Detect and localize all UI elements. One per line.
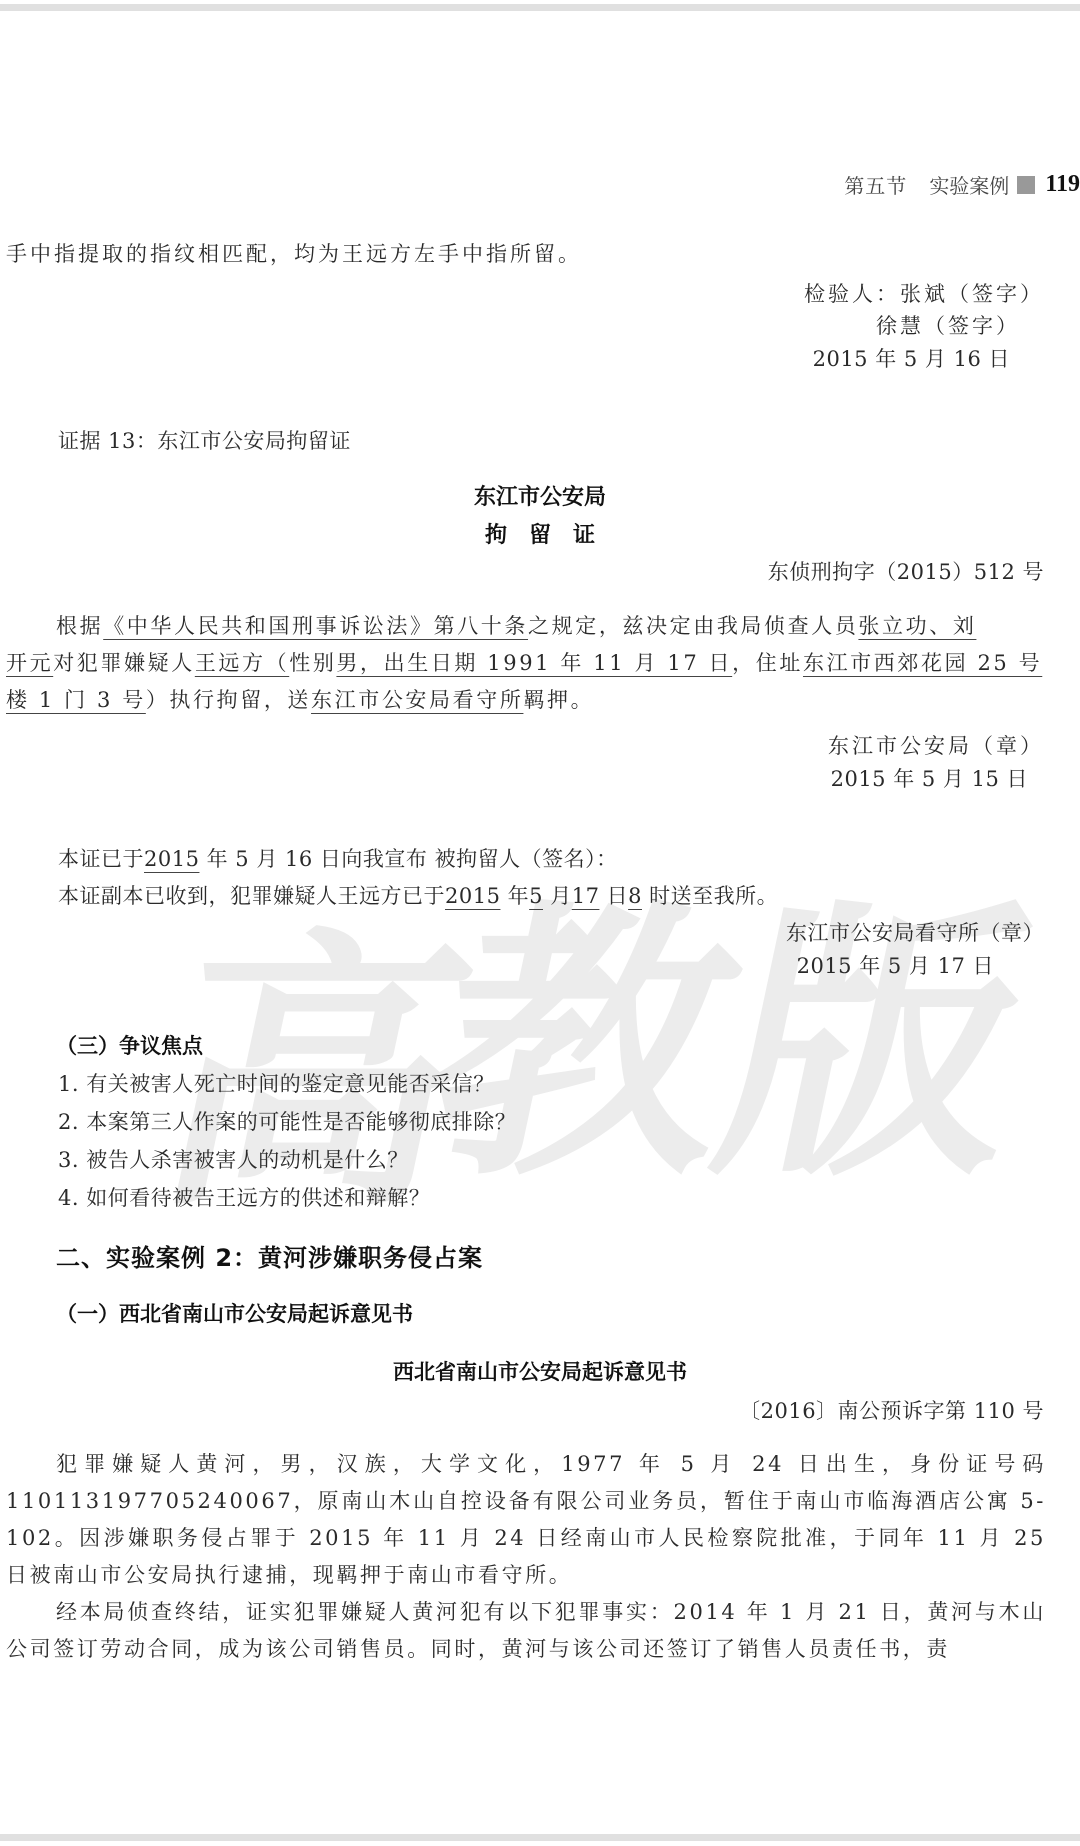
watermark-char: 教 (409, 900, 761, 1190)
receipt-year: 2015 (445, 884, 500, 908)
case-2-heading: 二、实验案例 2：黄河涉嫌职务侵占案 (56, 1238, 483, 1273)
body-text: ，住址 (732, 651, 803, 675)
suspect-name: 王远方（ (195, 651, 289, 675)
dispute-heading: （三）争议焦点 (56, 1030, 203, 1060)
case-2-subheading: （一）西北省南山市公安局起诉意见书 (56, 1298, 413, 1328)
officers-name: 开元 (6, 651, 53, 675)
suspect-address: 东江市西郊花园 25 号 (803, 651, 1042, 675)
receipt-month: 5 (529, 884, 543, 908)
indictment-paragraph-1: 犯罪嫌疑人黄河，男，汉族，大学文化，1977 年 5 月 24 日出生，身份证号… (6, 1446, 1046, 1594)
page-number: 119 (1045, 171, 1080, 198)
indictment-paragraph-2: 经本局侦查终结，证实犯罪嫌疑人黄河犯有以下犯罪事实：2014 年 1 月 21 … (6, 1594, 1046, 1668)
inspection-date: 2015 年 5 月 16 日 (813, 343, 1010, 373)
receipt-text: 日 (599, 884, 628, 908)
dispute-item: 2. 本案第三人作案的可能性是否能够彻底排除？ (58, 1106, 516, 1136)
inspector-1: 检验人：张斌（签字） (804, 278, 1044, 308)
receipt-hour: 8 (628, 884, 642, 908)
suspect-dob: 男，出生日期 1991 年 11 月 17 日 (336, 651, 732, 675)
police-seal-date: 2015 年 5 月 15 日 (831, 763, 1028, 793)
dispute-item: 4. 如何看待被告王远方的供述和辩解？ (58, 1182, 430, 1212)
notice-line: 本证已于2015 年 5 月 16 日向我宣布 被拘留人（签名）： (58, 843, 618, 873)
detention-facility: 东江市公安局看守所 (311, 688, 523, 712)
receipt-text: 年 (500, 884, 529, 908)
evidence-label: 证据 13：东江市公安局拘留证 (58, 425, 351, 455)
body-text: 之规定，兹决定由我局侦查人员 (528, 614, 858, 638)
body-text: ）执行拘留，送 (146, 688, 311, 712)
detention-body: 根据《中华人民共和国刑事诉讼法》第八十条之规定，兹决定由我局侦查人员张立功、刘开… (6, 608, 1046, 719)
agency-title: 东江市公安局 (0, 480, 1080, 511)
suspect-address: 楼 1 门 3 号 (6, 688, 146, 712)
notice-text: 年 5 月 16 日向我宣布 被拘留人（签名）： (199, 847, 617, 871)
bottom-page-edge (0, 1834, 1080, 1841)
receipt-text: 本证副本已收到，犯罪嫌疑人王远方已于 (58, 884, 445, 908)
police-seal: 东江市公安局（章） (828, 730, 1044, 760)
law-reference: 《中华人民共和国刑事诉讼法》第八十条 (103, 614, 528, 638)
top-page-edge (0, 4, 1080, 11)
chapter-label: 实验案例 (929, 170, 1009, 199)
detention-center-seal: 东江市公安局看守所（章） (786, 917, 1044, 947)
document-number: 东侦刑拘字（2015）512 号 (768, 556, 1044, 586)
receipt-text: 月 (543, 884, 572, 908)
body-text: 性别 (289, 651, 336, 675)
inspector-2: 徐慧（签字） (876, 310, 1020, 340)
dispute-item: 3. 被告人杀害被害人的动机是什么？ (58, 1144, 409, 1174)
indictment-number: 〔2016〕南公预诉字第 110 号 (739, 1395, 1044, 1425)
detention-center-date: 2015 年 5 月 17 日 (797, 950, 994, 980)
body-text: 对犯罪嫌疑人 (53, 651, 195, 675)
notice-text: 本证已于 (58, 847, 144, 871)
receipt-day: 17 (572, 884, 600, 908)
body-text: 根据 (56, 614, 103, 638)
body-text: 羁押。 (523, 688, 594, 712)
receipt-line: 本证副本已收到，犯罪嫌疑人王远方已于2015 年5 月17 日8 时送至我所。 (58, 880, 778, 910)
section-label: 第五节 (844, 170, 907, 199)
document-page: 高 教 版 第五节 实验案例 119 手中指提取的指纹相匹配，均为王远方左手中指… (0, 0, 1080, 1846)
document-title: 拘 留 证 (0, 518, 1080, 549)
square-marker-icon (1017, 176, 1035, 194)
indictment-title: 西北省南山市公安局起诉意见书 (0, 1356, 1080, 1386)
intro-line: 手中指提取的指纹相匹配，均为王远方左手中指所留。 (6, 238, 582, 268)
receipt-text: 时送至我所。 (642, 884, 778, 908)
notice-year: 2015 (144, 847, 199, 871)
dispute-item: 1. 有关被害人死亡时间的鉴定意见能否采信？ (58, 1068, 495, 1098)
officers-name: 张立功、刘 (858, 614, 976, 638)
running-head: 第五节 实验案例 119 (844, 170, 1080, 199)
